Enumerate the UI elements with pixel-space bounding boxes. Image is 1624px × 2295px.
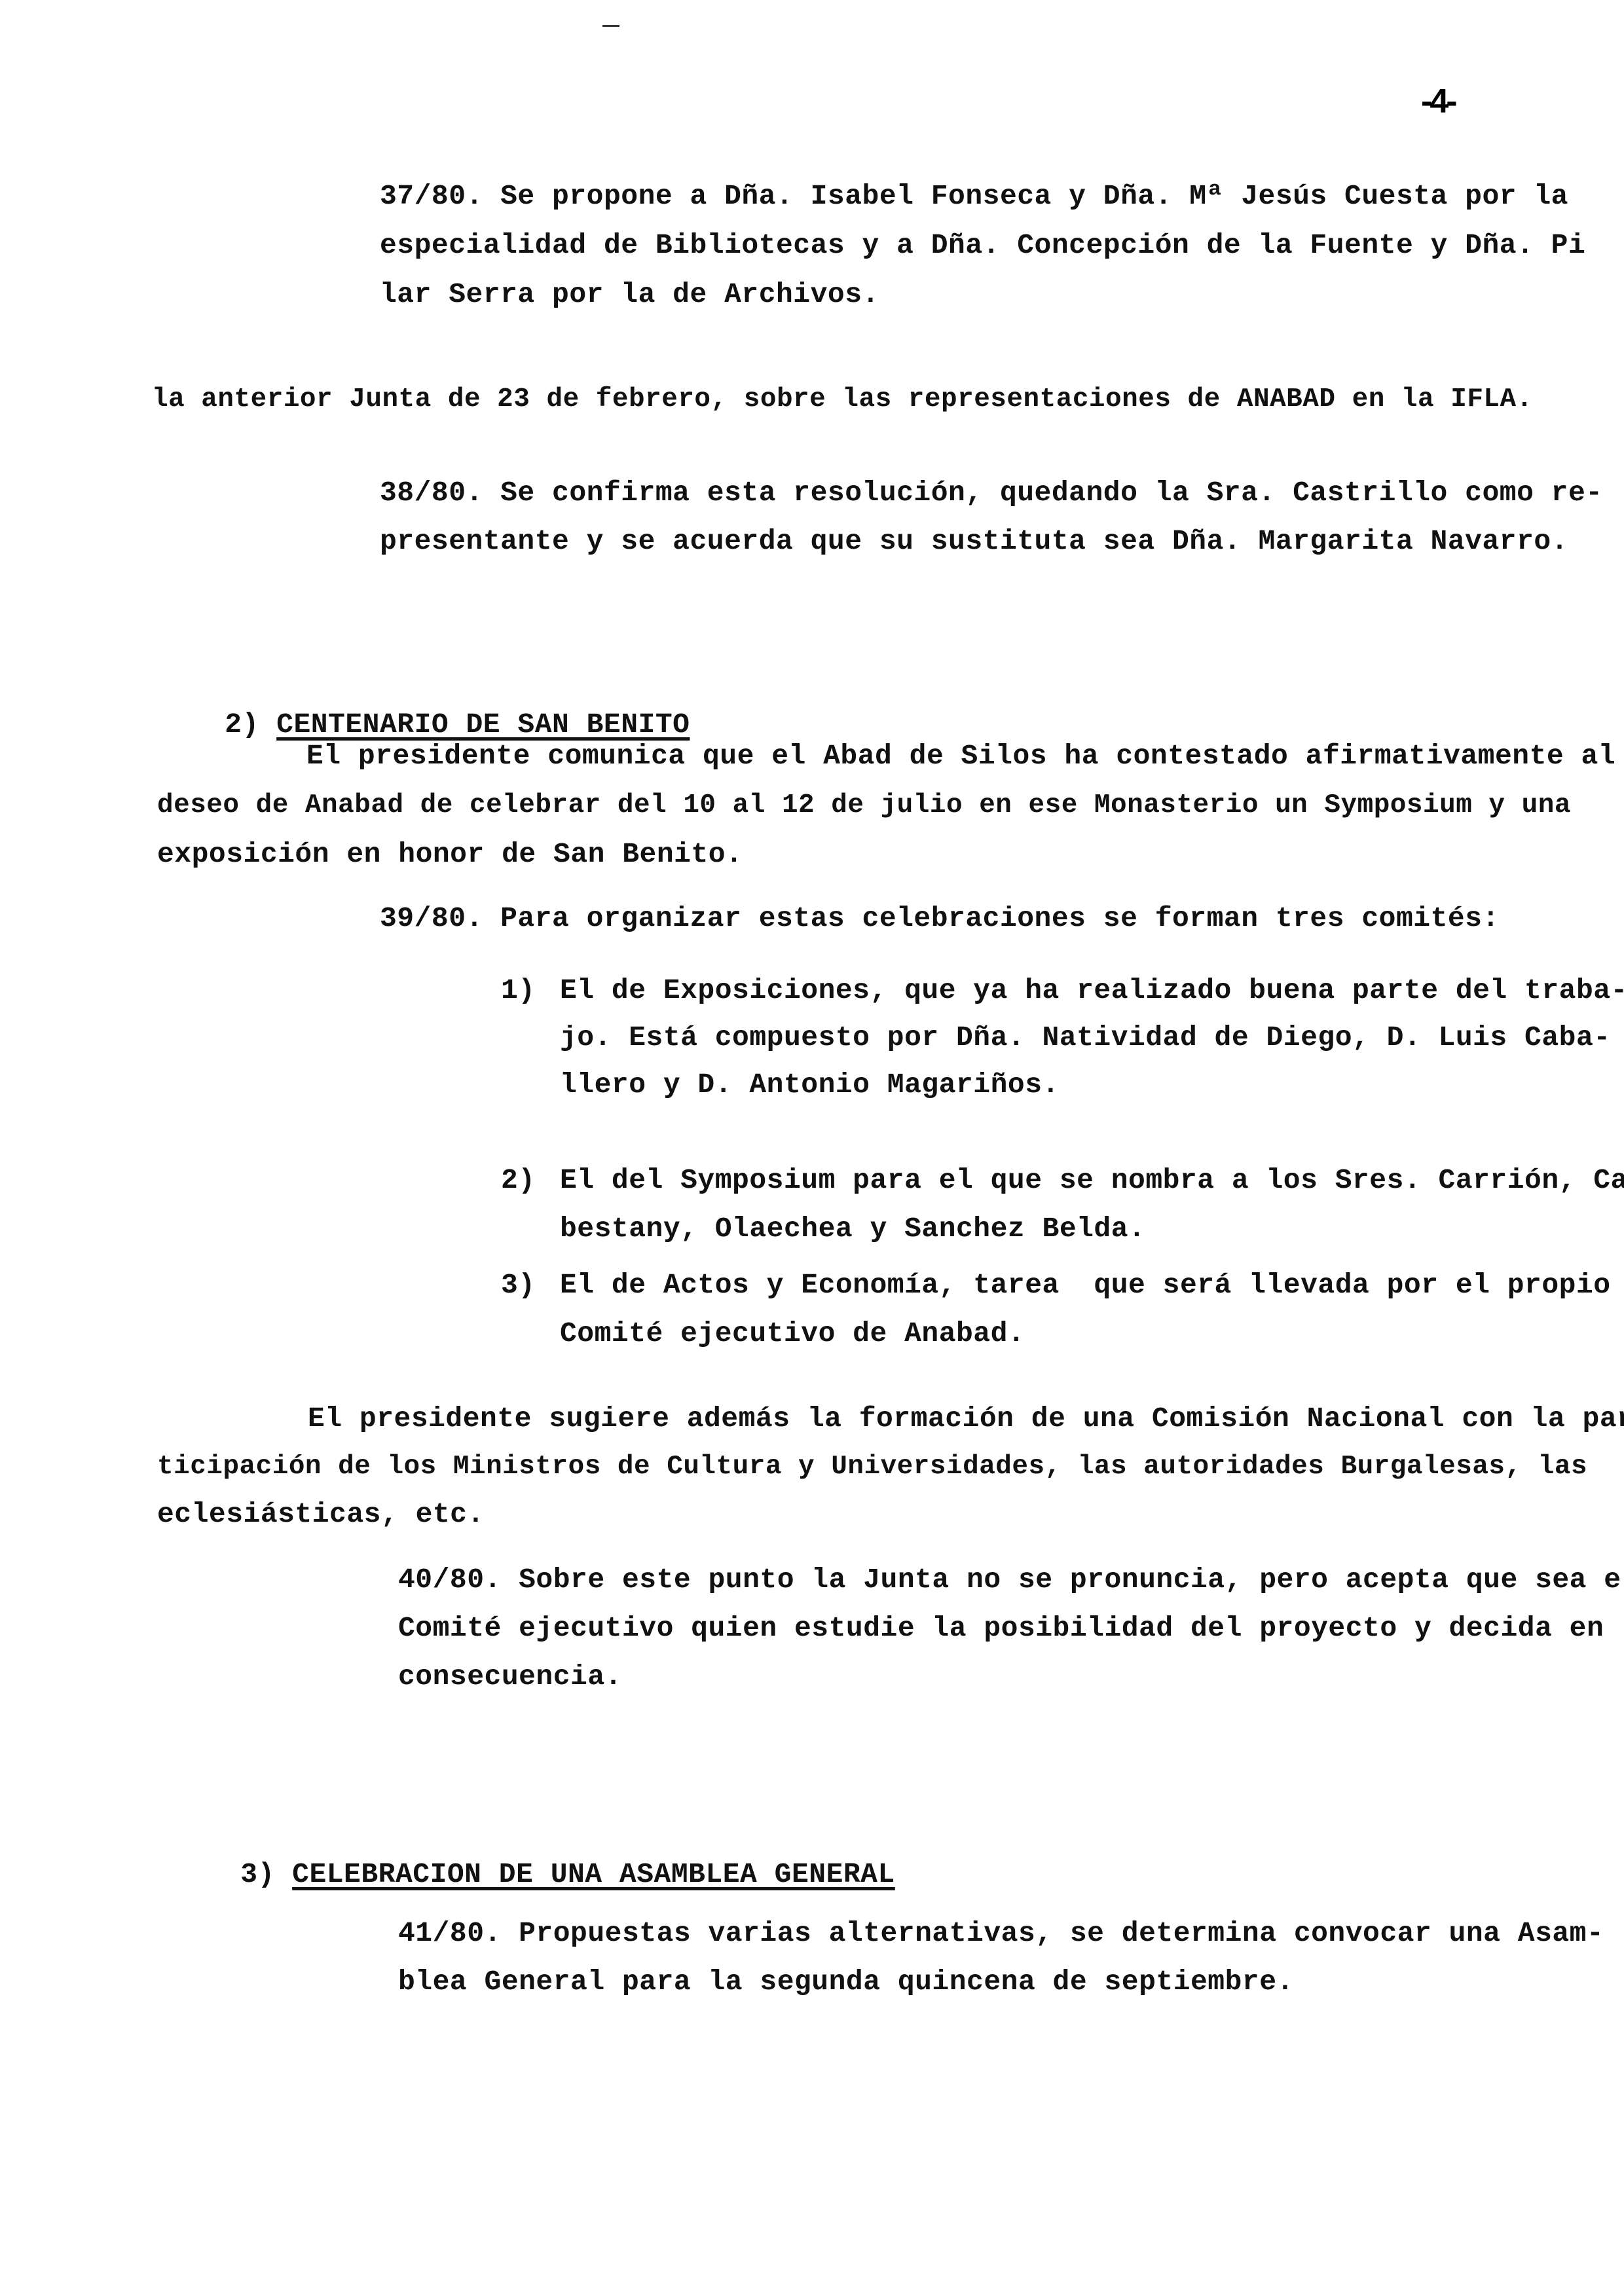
para-comision-line-2: ticipación de los Ministros de Cultura y… <box>157 1450 1587 1483</box>
heading-2-title: CENTENARIO DE SAN BENITO <box>276 708 690 741</box>
item-37-line-3: lar Serra por la de Archivos. <box>380 278 879 311</box>
para-2-line-3: exposición en honor de San Benito. <box>157 838 743 871</box>
document-page: -4- 37/80. Se propone a Dña. Isabel Fons… <box>0 0 1624 2295</box>
committee-3-line-2: Comité ejecutivo de Anabad. <box>560 1317 1025 1350</box>
item-40-line-3: consecuencia. <box>398 1661 622 1693</box>
committee-1-line-2: jo. Está compuesto por Dña. Natividad de… <box>560 1021 1611 1054</box>
item-37-line-1: 37/80. Se propone a Dña. Isabel Fonseca … <box>380 180 1568 213</box>
committee-1-number: 1) <box>501 974 536 1007</box>
committee-1-line-1: El de Exposiciones, que ya ha realizado … <box>560 974 1624 1007</box>
scan-mark <box>602 25 619 27</box>
committee-2-number: 2) <box>501 1164 536 1197</box>
item-40-line-2: Comité ejecutivo quien estudie la posibi… <box>398 1612 1604 1645</box>
page-number: -4- <box>1421 82 1455 121</box>
item-41-line-2: blea General para la segunda quincena de… <box>398 1966 1294 1998</box>
heading-3: 3) CELEBRACION DE UNA ASAMBLEA GENERAL <box>172 1826 895 1924</box>
intro-38-line: la anterior Junta de 23 de febrero, sobr… <box>152 383 1533 416</box>
para-comision-line-3: eclesiásticas, etc. <box>157 1498 485 1531</box>
para-2-line-2: deseo de Anabad de celebrar del 10 al 12… <box>157 789 1571 822</box>
item-40-line-1: 40/80. Sobre este punto la Junta no se p… <box>398 1564 1624 1596</box>
item-38-line-1: 38/80. Se confirma esta resolución, qued… <box>380 477 1603 509</box>
item-41-line-1: 41/80. Propuestas varias alternativas, s… <box>398 1917 1604 1950</box>
item-38-line-2: presentante y se acuerda que su sustitut… <box>380 525 1568 558</box>
heading-2-number: 2) <box>225 708 259 741</box>
committee-3-line-1: El de Actos y Economía, tarea que será l… <box>560 1269 1611 1302</box>
para-2-line-1: El presidente comunica que el Abad de Si… <box>306 740 1615 773</box>
committee-1-line-3: llero y D. Antonio Magariños. <box>560 1069 1060 1101</box>
committee-2-line-2: bestany, Olaechea y Sanchez Belda. <box>560 1213 1145 1245</box>
item-39-line-1: 39/80. Para organizar estas celebracione… <box>380 902 1500 935</box>
item-37-line-2: especialidad de Bibliotecas y a Dña. Con… <box>380 229 1585 262</box>
heading-3-title: CELEBRACION DE UNA ASAMBLEA GENERAL <box>292 1858 895 1890</box>
heading-3-number: 3) <box>240 1858 275 1890</box>
committee-2-line-1: El del Symposium para el que se nombra a… <box>560 1164 1624 1197</box>
committee-3-number: 3) <box>501 1269 536 1302</box>
para-comision-line-1: El presidente sugiere además la formació… <box>308 1403 1624 1435</box>
